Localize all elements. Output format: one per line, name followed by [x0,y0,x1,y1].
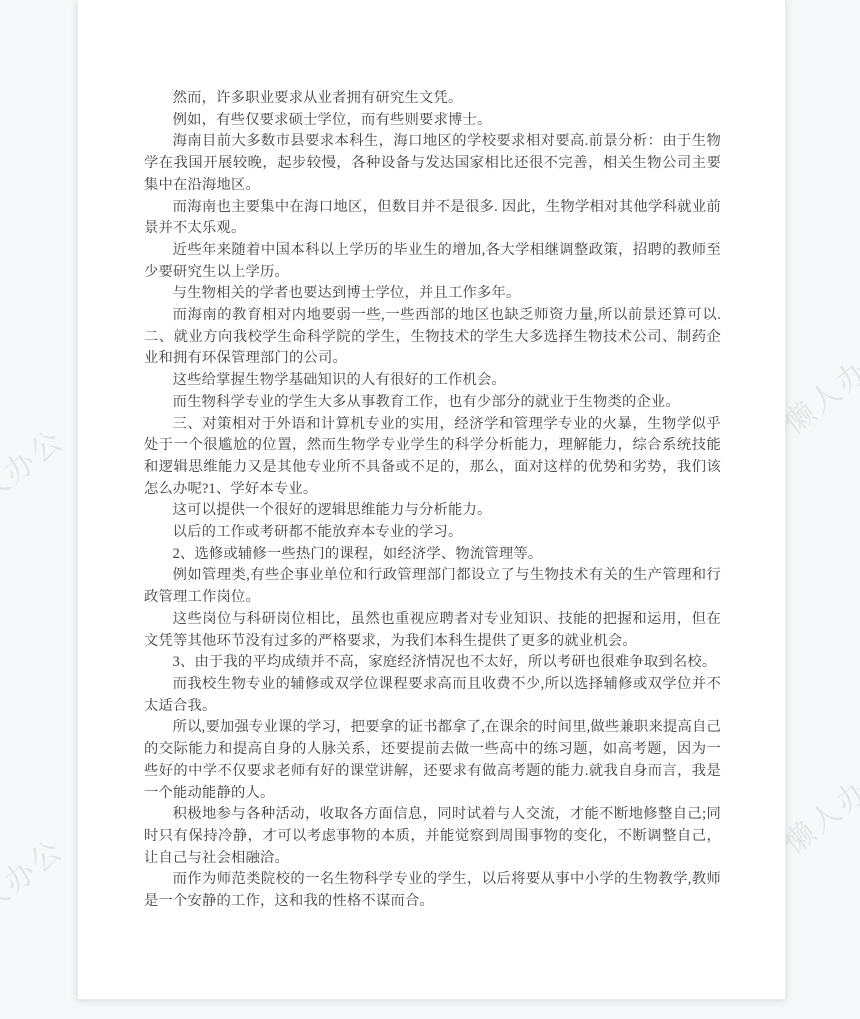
paragraph: 例如，有些仅要求硕士学位，而有些则要求博士。 [144,110,721,132]
paragraph: 而生物科学专业的学生大多从事教育工作，也有少部分的就业于生物类的企业。 [144,392,721,414]
paragraph: 积极地参与各种活动，收取各方面信息，同时试着与人交流，才能不断地修整自己;同时只… [144,804,721,869]
paragraph: 而作为师范类院校的一名生物科学专业的学生，以后将要从事中小学的生物教学,教师是一… [144,869,721,912]
page-background: 懒人办公 懒人办公 懒人办公 懒人办公 然而，许多职业要求从业者拥有研究生文凭。… [0,0,860,1019]
paragraph: 然而，许多职业要求从业者拥有研究生文凭。 [144,88,721,110]
paragraph: 这可以提供一个很好的逻辑思维能力与分析能力。 [144,500,721,522]
paragraph: 例如管理类,有些企事业单位和行政管理部门都设立了与生物技术有关的生产管理和行政管… [144,565,721,608]
paragraph: 与生物相关的学者也要达到博士学位，并且工作多年。 [144,283,721,305]
watermark: 懒人办公 [0,416,72,532]
paragraph: 而海南的教育相对内地要弱一些,一些西部的地区也缺乏师资力量,所以前景还算可以.二… [144,305,721,370]
paragraph: 3、由于我的平均成绩并不高，家庭经济情况也不太好，所以考研也很难争取到名校。 [144,652,721,674]
paragraph: 这些给掌握生物学基础知识的人有很好的工作机会。 [144,370,721,392]
paragraph: 海南目前大多数市县要求本科生，海口地区的学校要求相对要高.前景分析：由于生物学在… [144,131,721,196]
document-page: 然而，许多职业要求从业者拥有研究生文凭。例如，有些仅要求硕士学位，而有些则要求博… [77,0,786,1000]
paragraph: 以后的工作或考研都不能放弃本专业的学习。 [144,522,721,544]
paragraph: 而海南也主要集中在海口地区，但数目并不是很多. 因此，生物学相对其他学科就业前景… [144,197,721,240]
document-body: 然而，许多职业要求从业者拥有研究生文凭。例如，有些仅要求硕士学位，而有些则要求博… [78,0,785,913]
watermark: 懒人办公 [0,826,72,942]
paragraph: 2、选修或辅修一些热门的课程，如经济学、物流管理等。 [144,544,721,566]
paragraph: 而我校生物专业的辅修或双学位课程要求高而且收费不少,所以选择辅修或双学位并不太适… [144,674,721,717]
paragraph: 三、对策相对于外语和计算机专业的实用，经济学和管理学专业的火暴，生物学似乎处于一… [144,414,721,501]
paragraph: 近些年来随着中国本科以上学历的毕业生的增加,各大学相继调整政策，招聘的教师至少要… [144,240,721,283]
paragraph: 这些岗位与科研岗位相比，虽然也重视应聘者对专业知识、技能的把握和运用，但在文凭等… [144,609,721,652]
paragraph: 所以,要加强专业课的学习，把要拿的证书都拿了,在课余的时间里,做些兼职来提高自己… [144,717,721,804]
